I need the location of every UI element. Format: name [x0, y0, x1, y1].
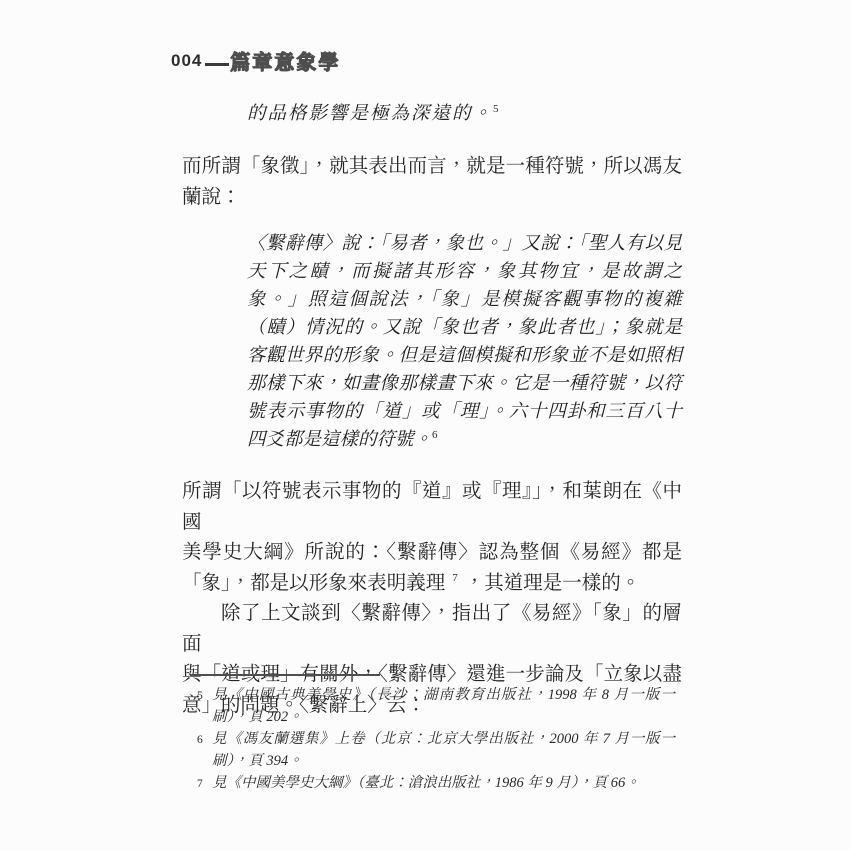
text-segment: ，其道理是一樣的。 — [465, 573, 641, 594]
book-page: 004 篇章意象學 的品格影響是極為深遠的。5 而所謂「象徵」，就其表出而言，就… — [0, 0, 850, 850]
quote-line: 四爻都是這樣的符號。6 — [247, 426, 682, 454]
footnote-text: 見《中國美學史大綱》（臺北：滄浪出版社，1986 年 9 月），頁 66。 — [212, 772, 675, 794]
footnote-7: 7 見《中國美學史大綱》（臺北：滄浪出版社，1986 年 9 月），頁 66。 — [197, 772, 675, 794]
footnote-number: 6 — [197, 729, 212, 751]
text-line: 所謂「以符號表示事物的『道』或『理』」，和葉朗在《中國 — [182, 477, 682, 538]
quote-line: 號表示事物的「道」或「理」。六十四卦和三百八十 — [247, 398, 682, 426]
footnote-ref-7: 7 — [452, 572, 458, 584]
quote-line: （賾）情況的。又說「象也者，象此者也」；象就是 — [247, 314, 682, 342]
footnote-area: 5 見《中國古典美學史》（長沙：湖南教育出版社，1998 年 8 月一版一 刷）… — [197, 684, 675, 794]
footnote-line: 見《中國美學史大綱》（臺北：滄浪出版社，1986 年 9 月），頁 66。 — [212, 772, 675, 794]
book-title: 篇章意象學 — [230, 46, 340, 75]
footnote-number: 5 — [197, 685, 212, 707]
quote-line: 天下之賾，而擬諸其形容，象其物宜，是故謂之 — [247, 258, 682, 286]
footnote-separator-rule — [190, 674, 380, 676]
block-quote: 〈繫辭傳〉說：「易者，象也。」又說：「聖人有以見 天下之賾，而擬諸其形容，象其物… — [247, 230, 682, 454]
quote-text: 的品格影響是極為深遠的。 — [247, 104, 493, 124]
quote-line: 客觀世界的形象。但是這個模擬和形象並不是如照相 — [247, 342, 682, 370]
page-header: 004 篇章意象學 — [171, 46, 340, 75]
footnote-5: 5 見《中國古典美學史》（長沙：湖南教育出版社，1998 年 8 月一版一 刷）… — [197, 684, 675, 728]
quote-line: 象。」照這個說法，「象」是模擬客觀事物的複雜 — [247, 286, 682, 314]
text-line: 除了上文談到〈繫辭傳〉，指出了《易經》「象」的層面 — [182, 599, 682, 660]
text-segment: 「象」，都是以形象來表明義理 — [182, 573, 445, 594]
footnote-number: 7 — [197, 773, 212, 795]
paragraph-1: 而所謂「象徵」，就其表出而言，就是一種符號，所以馮友 蘭說： — [182, 152, 682, 213]
text-line: 「象」，都是以形象來表明義理7，其道理是一樣的。 — [182, 569, 682, 600]
quote-text: 四爻都是這樣的符號。 — [247, 430, 432, 450]
footnote-text: 見《中國古典美學史》（長沙：湖南教育出版社，1998 年 8 月一版一 刷），頁… — [212, 684, 675, 728]
footnote-line: 刷），頁 202。 — [212, 706, 675, 728]
quote-line: 〈繫辭傳〉說：「易者，象也。」又說：「聖人有以見 — [247, 230, 682, 258]
text-line: 而所謂「象徵」，就其表出而言，就是一種符號，所以馮友 — [182, 152, 682, 183]
footnote-ref-5: 5 — [493, 103, 501, 115]
footnote-line: 刷），頁 394。 — [212, 750, 675, 772]
page-number: 004 — [171, 51, 202, 71]
header-dash-rule — [205, 63, 229, 66]
quote-continuation-line: 的品格影響是極為深遠的。5 — [247, 101, 501, 127]
footnote-6: 6 見《馮友蘭選集》上卷（北京：北京大學出版社，2000 年 7 月一版一 刷）… — [197, 728, 675, 772]
footnote-line: 見《中國古典美學史》（長沙：湖南教育出版社，1998 年 8 月一版一 — [212, 684, 675, 706]
footnote-line: 見《馮友蘭選集》上卷（北京：北京大學出版社，2000 年 7 月一版一 — [212, 728, 675, 750]
footnote-ref-6: 6 — [432, 429, 438, 441]
text-line: 美學史大綱》所說的：〈繫辭傳〉認為整個《易經》都是 — [182, 538, 682, 569]
quote-line: 那樣下來，如畫像那樣畫下來。它是一種符號，以符 — [247, 370, 682, 398]
text-line: 蘭說： — [182, 183, 682, 214]
footnote-text: 見《馮友蘭選集》上卷（北京：北京大學出版社，2000 年 7 月一版一 刷），頁… — [212, 728, 675, 772]
